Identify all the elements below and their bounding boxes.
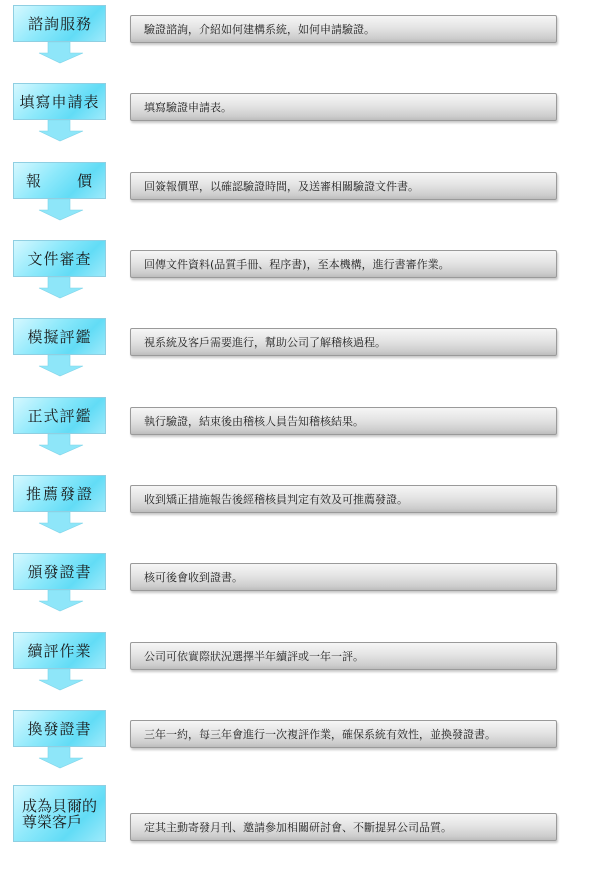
- step-box: 模擬評鑑: [13, 318, 106, 355]
- step-label-char: 發: [60, 483, 76, 504]
- step-label: 換發證書: [27, 718, 91, 739]
- down-arrow-icon: [38, 434, 84, 456]
- flow-step-mock-audit: 模擬評鑑 視系統及客戶需要進行，幫助公司了解稽核過程。: [0, 313, 600, 391]
- step-label: 續評作業: [27, 640, 91, 661]
- step-box: 成為貝爾的 尊榮客戶: [13, 785, 106, 842]
- step-box: 文件審查: [13, 240, 106, 277]
- step-label-char: 推: [26, 483, 42, 504]
- step-description: 三年一約，每三年會進行一次複評作業，確保系統有效性，並換發證書。: [130, 720, 557, 748]
- step-label-char: 價: [77, 170, 93, 191]
- step-label-char: 務: [76, 13, 92, 34]
- step-label-line: 成為貝爾的: [22, 798, 97, 814]
- step-label-char: 諮: [28, 13, 44, 34]
- down-arrow-icon: [38, 277, 84, 299]
- flow-step-document-review: 文件審查 回傳文件資料(品質手冊、程序書)，至本機構，進行書審作業。: [0, 235, 600, 313]
- flow-step-issue-certificate: 頒發證書 核可後會收到證書。: [0, 548, 600, 626]
- step-box: 諮 詢 服 務: [13, 5, 106, 42]
- step-description: 視系統及客戶需要進行，幫助公司了解稽核過程。: [130, 328, 557, 356]
- step-label-char: 薦: [43, 483, 59, 504]
- step-description: 回簽報價單，以確認驗證時間，及送審相關驗證文件書。: [130, 172, 557, 200]
- step-box: 推 薦 發 證: [13, 475, 106, 512]
- step-description: 公司可依實際狀況選擇半年續評或一年一評。: [130, 642, 557, 670]
- step-description: 核可後會收到證書。: [130, 563, 557, 591]
- step-label-line: 尊榮客戶: [22, 814, 82, 830]
- step-label: 正式評鑑: [27, 405, 91, 426]
- step-label-char: 證: [77, 483, 93, 504]
- step-box: 報 價: [13, 162, 106, 199]
- flow-step-quotation: 報 價 回簽報價單，以確認驗證時間，及送審相關驗證文件書。: [0, 157, 600, 235]
- step-description: 填寫驗證申請表。: [130, 93, 557, 121]
- step-label: 頒發證書: [27, 561, 91, 582]
- flow-step-valued-customer: 成為貝爾的 尊榮客戶 定其主動寄發月刊、邀請參加相關研討會、不斷提昇公司品質。: [0, 785, 600, 887]
- down-arrow-icon: [38, 42, 84, 64]
- flow-step-consulting: 諮 詢 服 務 驗證諮詢，介紹如何建構系統，如何申請驗證。: [0, 0, 600, 78]
- step-box: 正式評鑑: [13, 397, 106, 434]
- flow-step-recommend-certification: 推 薦 發 證 收到矯正措施報告後經稽核員判定有效及可推薦發證。: [0, 470, 600, 548]
- flow-step-renew-certificate: 換發證書 三年一約，每三年會進行一次複評作業，確保系統有效性，並換發證書。: [0, 705, 600, 783]
- step-label: 模擬評鑑: [27, 326, 91, 347]
- step-box: 換發證書: [13, 710, 106, 747]
- flow-step-application: 填寫申請表 填寫驗證申請表。: [0, 78, 600, 156]
- down-arrow-icon: [38, 747, 84, 769]
- step-label-char: 服: [60, 13, 76, 34]
- step-description: 驗證諮詢，介紹如何建構系統，如何申請驗證。: [130, 15, 557, 43]
- step-description: 回傳文件資料(品質手冊、程序書)，至本機構，進行書審作業。: [130, 250, 557, 278]
- step-box: 續評作業: [13, 632, 106, 669]
- step-label: 填寫申請表: [19, 91, 99, 112]
- down-arrow-icon: [38, 590, 84, 612]
- down-arrow-icon: [38, 355, 84, 377]
- flow-step-surveillance-audit: 續評作業 公司可依實際狀況選擇半年續評或一年一評。: [0, 627, 600, 705]
- certification-process-flowchart: 諮 詢 服 務 驗證諮詢，介紹如何建構系統，如何申請驗證。 填寫申請表 填寫驗證…: [0, 0, 600, 887]
- step-label-char: 報: [26, 170, 42, 191]
- down-arrow-icon: [38, 120, 84, 142]
- step-description: 收到矯正措施報告後經稽核員判定有效及可推薦發證。: [130, 485, 557, 513]
- down-arrow-icon: [38, 199, 84, 221]
- step-box: 填寫申請表: [13, 83, 106, 120]
- step-box: 頒發證書: [13, 553, 106, 590]
- step-description: 執行驗證，結束後由稽核人員告知稽核結果。: [130, 407, 557, 435]
- flow-step-formal-audit: 正式評鑑 執行驗證，結束後由稽核人員告知稽核結果。: [0, 392, 600, 470]
- step-label-char: 詢: [44, 13, 60, 34]
- down-arrow-icon: [38, 512, 84, 534]
- step-label: 文件審查: [27, 248, 91, 269]
- down-arrow-icon: [38, 669, 84, 691]
- step-description: 定其主動寄發月刊、邀請參加相關研討會、不斷提昇公司品質。: [130, 813, 557, 841]
